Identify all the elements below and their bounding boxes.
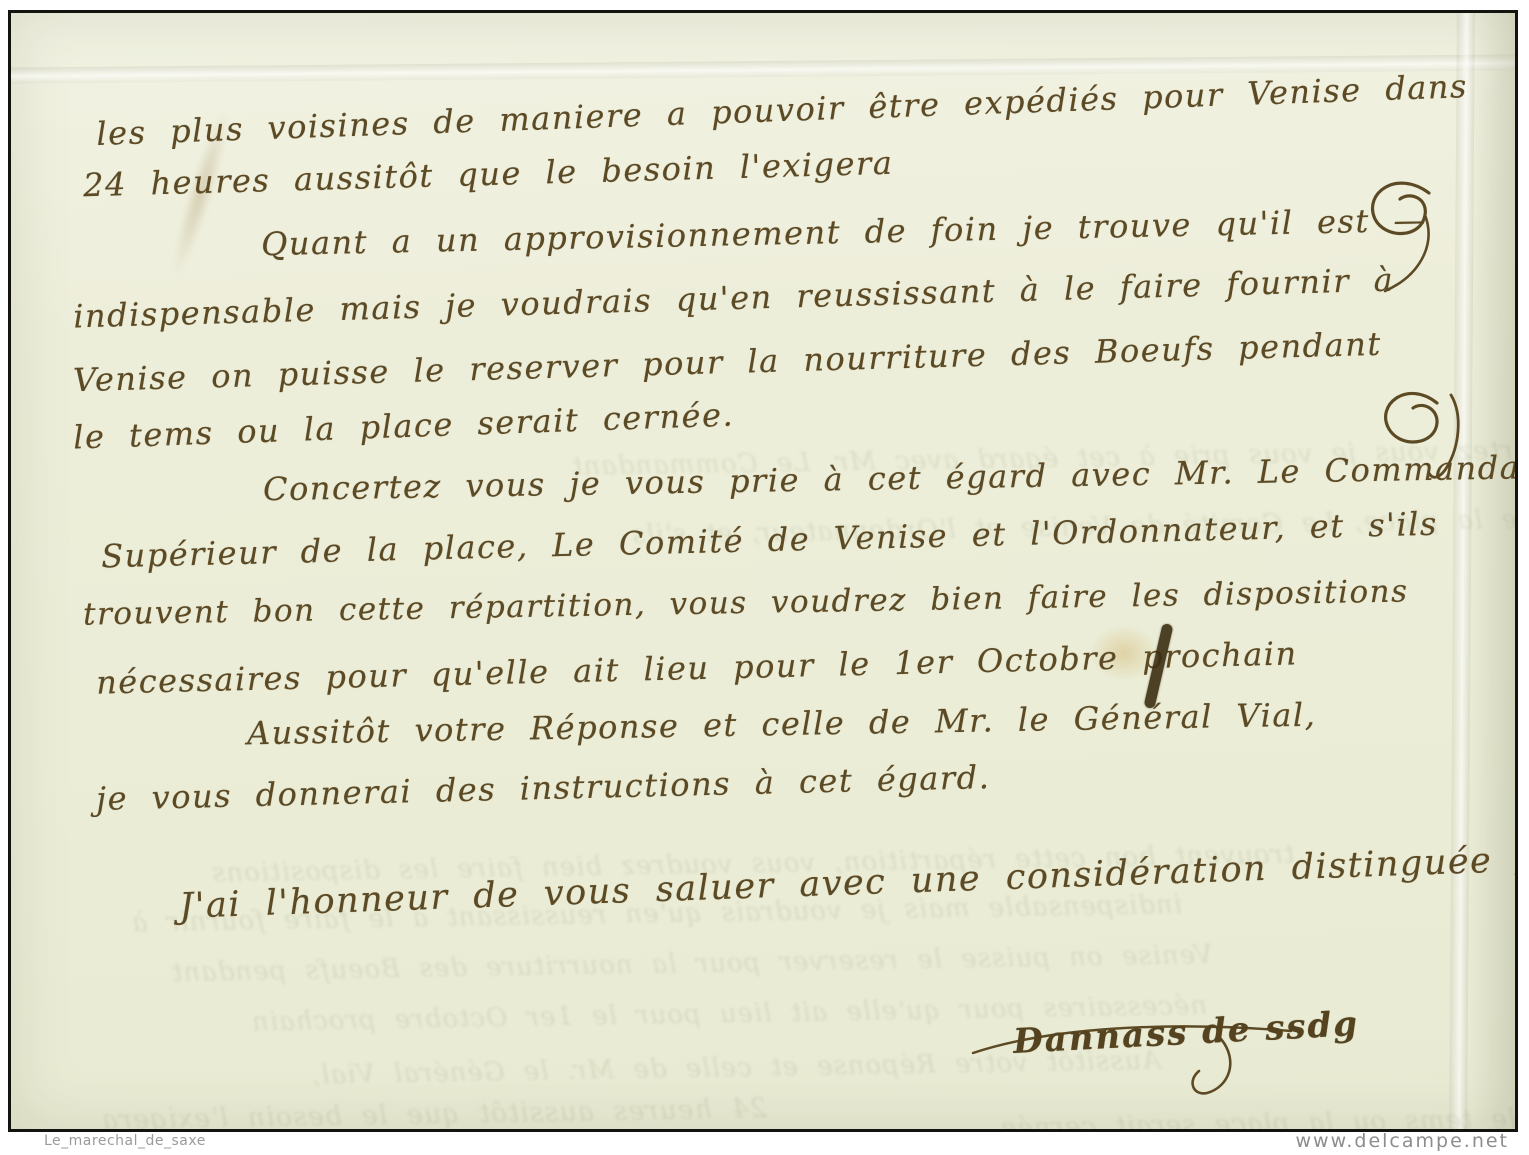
letter-line-6: le tems ou la place serait cernée. xyxy=(73,395,735,456)
letter-line-9: trouvent bon cette répartition, vous vou… xyxy=(83,573,1409,632)
letter-line-3: Quant a un approvisionnement de foin je … xyxy=(261,201,1428,263)
showthrough-line-9: le tems ou la place serait cernée. xyxy=(991,1104,1517,1132)
showthrough-line-5: Venise on puisse le reserver pour la nou… xyxy=(171,940,1213,988)
letter-line-8: Supérieur de la place, Le Comité de Veni… xyxy=(101,505,1439,576)
letter-line-5: Venise on puisse le reserver pour la nou… xyxy=(73,325,1382,400)
watermark-site: www.delcampe.net xyxy=(1295,1130,1509,1152)
letter-line-12: je vous donnerai des instructions à cet … xyxy=(96,758,991,818)
letter-line-11: Aussitôt votre Réponse et celle de Mr. l… xyxy=(247,696,1317,753)
ink-flourish-upper xyxy=(1351,173,1471,303)
letter-line-10: nécessaires pour qu'elle ait lieu pour l… xyxy=(96,634,1298,701)
letter-line-4: indispensable mais je voudrais qu'en reu… xyxy=(73,261,1395,336)
ink-flourish-lower xyxy=(1363,381,1483,521)
letter-photo: Concertez vous je vous prie à cet égard … xyxy=(8,10,1518,1132)
watermark-seller: Le_marechal_de_saxe xyxy=(44,1133,206,1149)
showthrough-line-8: 24 heures aussitôt que le besoin l'exige… xyxy=(101,1093,767,1132)
paper-edge-shade xyxy=(1471,13,1515,1129)
